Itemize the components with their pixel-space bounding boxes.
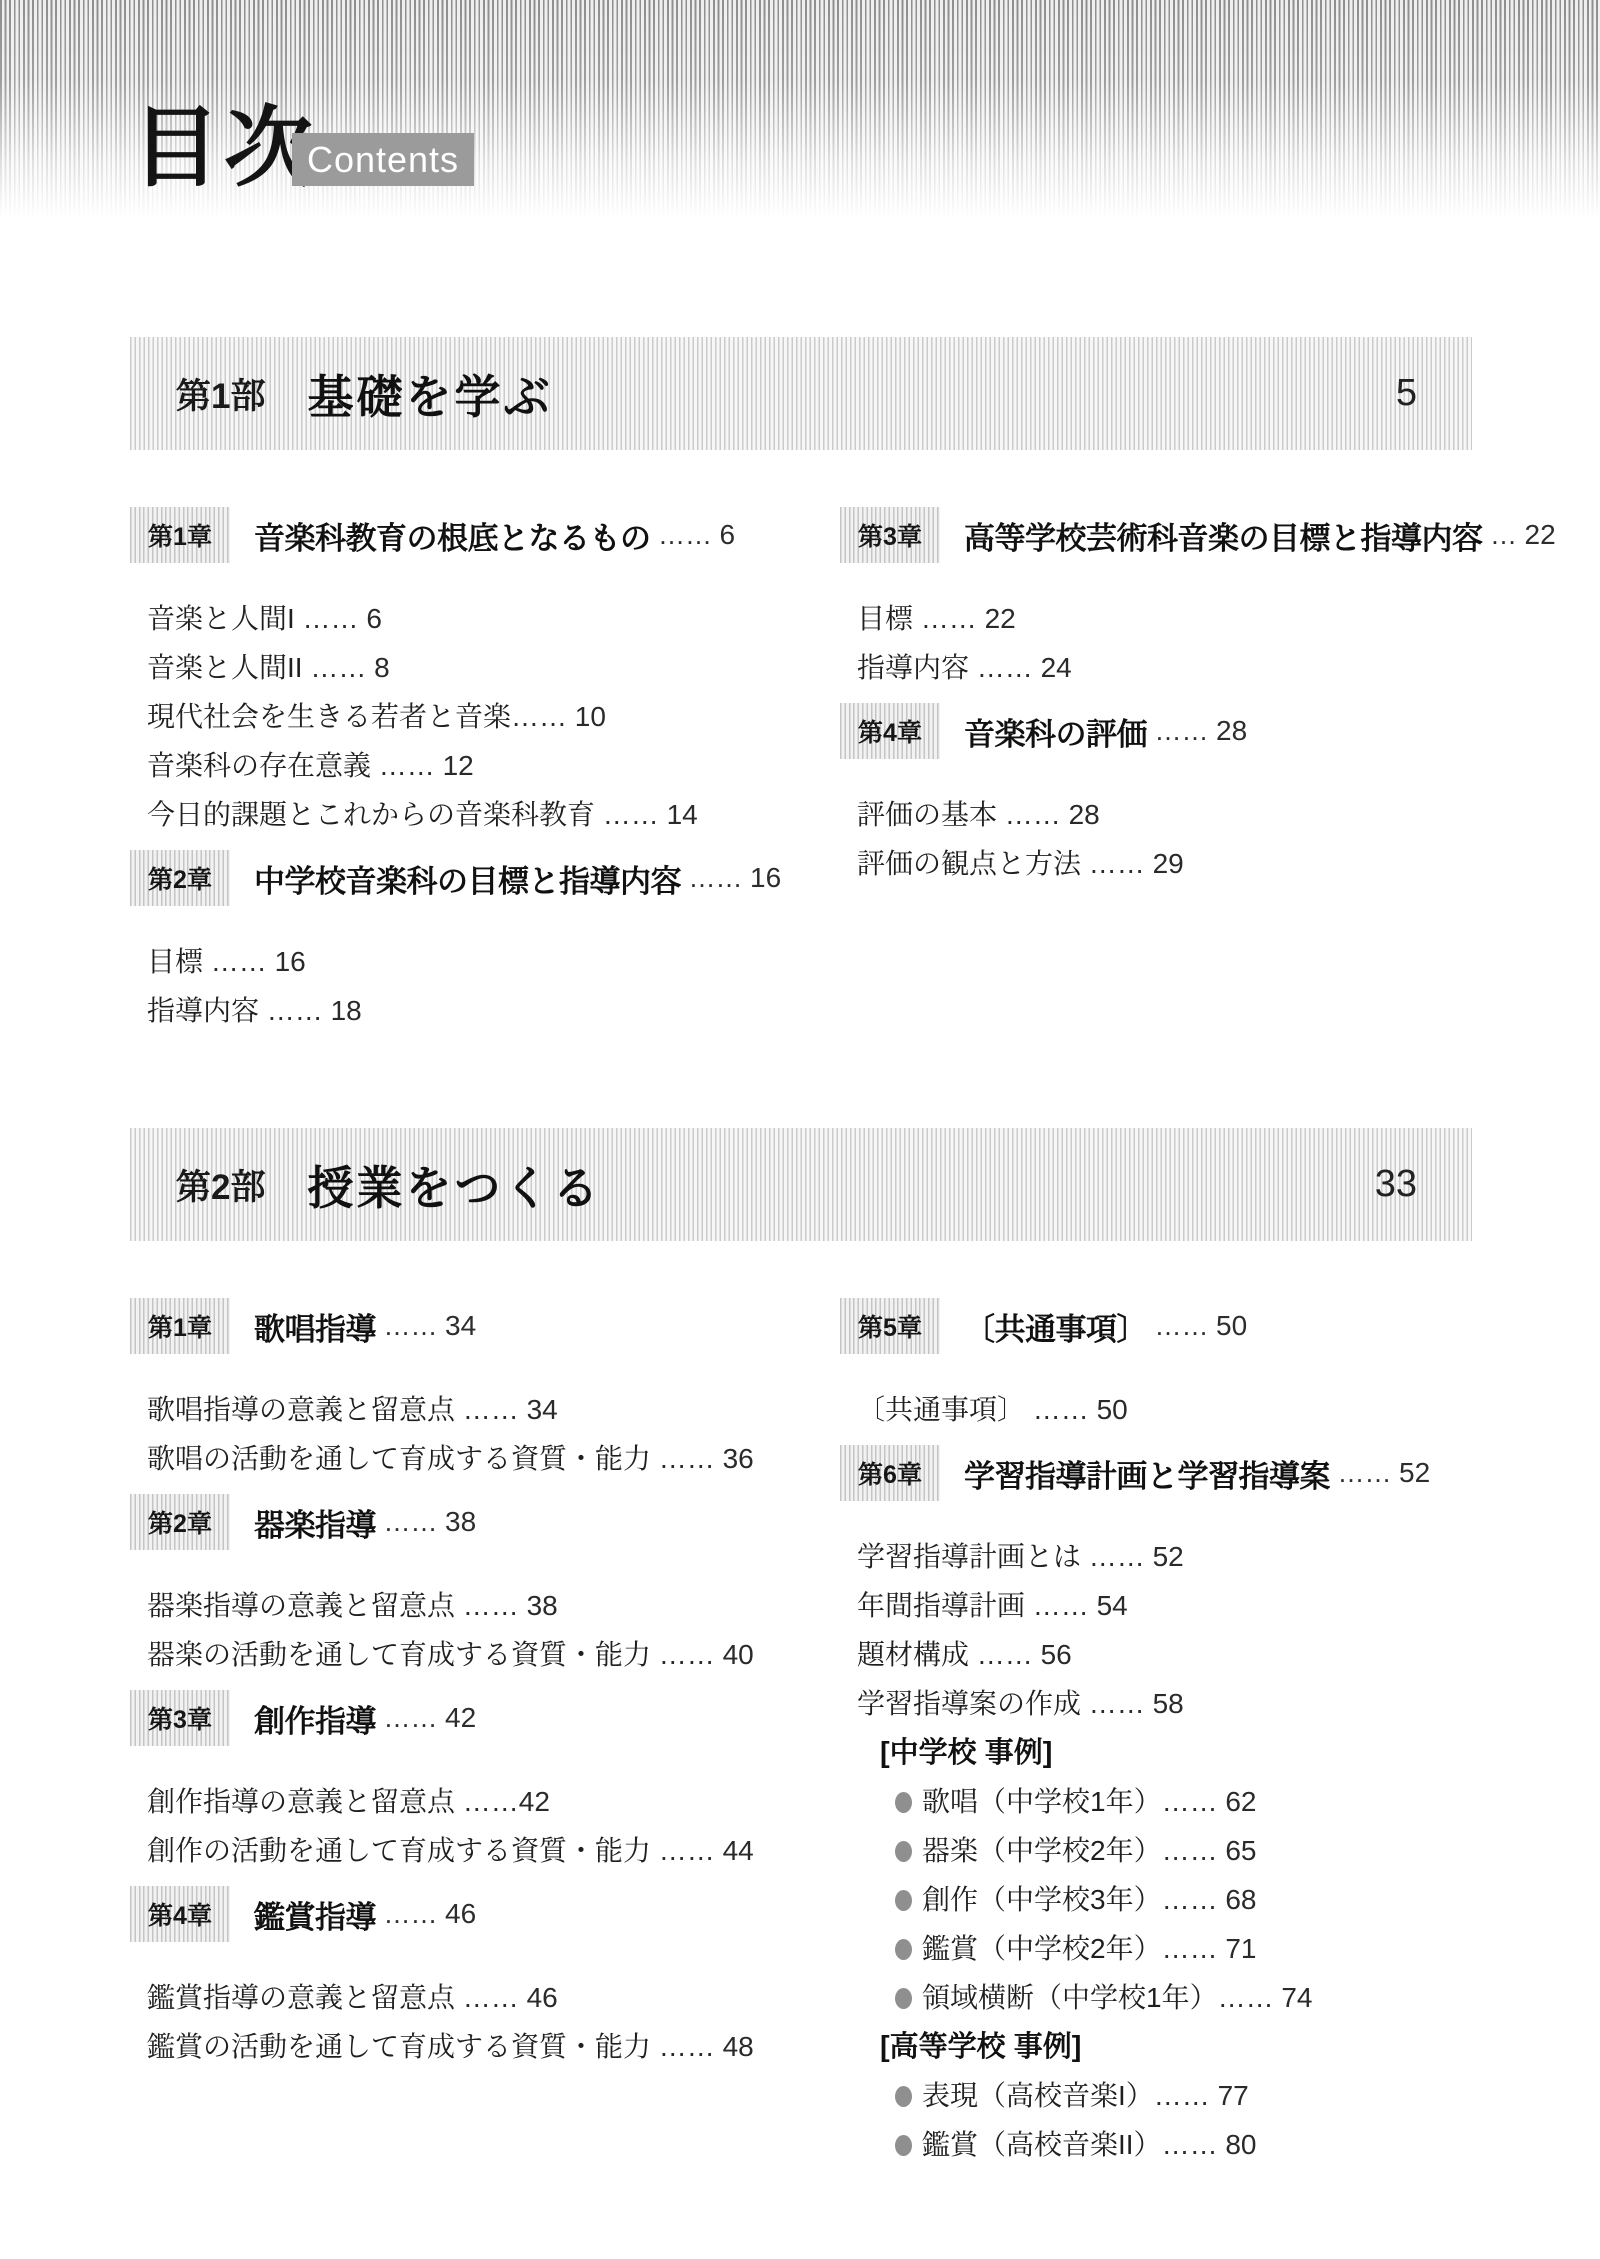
item-title: 器楽の活動を通して育成する資質・能力 <box>147 1639 651 1670</box>
dot-leader: …… <box>1162 1786 1226 1817</box>
item-title: 器楽（中学校2年） <box>922 1835 1162 1866</box>
item-title: 器楽指導の意義と留意点 <box>147 1590 455 1621</box>
item-page-number: 48 <box>723 2031 754 2062</box>
item-page-number: 46 <box>527 1982 558 2013</box>
item-page-number: 80 <box>1225 2129 1256 2160</box>
dot-leader: …… <box>651 1639 723 1670</box>
dot-leader: …… <box>651 520 720 551</box>
bullet-icon <box>895 1792 912 1813</box>
item-title: 年間指導計画 <box>857 1590 1025 1621</box>
item-title: 題材構成 <box>857 1639 969 1670</box>
item-page-number: 54 <box>1097 1590 1128 1621</box>
dot-leader: …… <box>376 1507 445 1538</box>
toc-item: 鑑賞（中学校2年）…… 71 <box>895 1935 1495 1963</box>
bullet-icon <box>895 1988 912 2009</box>
item-page-number: 42 <box>519 1786 550 1817</box>
dot-leader: …… <box>1330 1458 1399 1489</box>
chapter-title: 器楽指導 <box>254 1500 376 1545</box>
dot-leader: …… <box>455 1786 519 1817</box>
chapter-page-number: 6 <box>720 519 736 551</box>
item-page-number: 58 <box>1153 1688 1184 1719</box>
item-title: [高等学校 事例] <box>880 2031 1081 2063</box>
chapter-block: 第2章器楽指導 …… 38器楽指導の意義と留意点 …… 38器楽の活動を通して育… <box>130 1494 785 1669</box>
toc-item: 指導内容 …… 24 <box>857 654 1495 682</box>
toc-item: 領域横断（中学校1年）…… 74 <box>895 1984 1495 2012</box>
chapter-heading: 第2章器楽指導 …… 38 <box>130 1494 785 1550</box>
chapter-page-number: 28 <box>1216 715 1247 747</box>
part-band: 第1部基礎を学ぶ5 <box>130 337 1472 450</box>
item-title: 指導内容 <box>857 652 969 683</box>
toc-item: 創作の活動を通して育成する資質・能力 …… 44 <box>147 1837 785 1865</box>
chapter-page-number: 50 <box>1216 1310 1247 1342</box>
toc-item: 学習指導計画とは …… 52 <box>857 1543 1495 1571</box>
chapter-title: 音楽科の評価 <box>964 709 1147 754</box>
toc-item: 題材構成 …… 56 <box>857 1641 1495 1669</box>
chapter-number-badge: 第1章 <box>130 1298 230 1354</box>
toc-column: 第5章〔共通事項〕 …… 50〔共通事項〕 …… 50第6章学習指導計画と学習指… <box>840 1298 1495 2180</box>
chapter-page-number: 42 <box>445 1702 476 1734</box>
chapter-number-badge: 第6章 <box>840 1445 940 1501</box>
item-page-number: 74 <box>1281 1982 1312 2013</box>
toc-item: 鑑賞の活動を通して育成する資質・能力 …… 48 <box>147 2033 785 2061</box>
item-title: 現代社会を生きる若者と音楽 <box>147 701 511 732</box>
item-page-number: 24 <box>1041 652 1072 683</box>
chapter-number-badge: 第4章 <box>130 1886 230 1942</box>
item-page-number: 8 <box>374 652 390 683</box>
dot-leader: …… <box>376 1311 445 1342</box>
toc-item: 指導内容 …… 18 <box>147 997 785 1025</box>
toc-item: 現代社会を生きる若者と音楽…… 10 <box>147 703 785 731</box>
item-page-number: 52 <box>1153 1541 1184 1572</box>
toc-subheading: [高等学校 事例] <box>880 2033 1495 2061</box>
dot-leader: …… <box>913 603 985 634</box>
toc-item: 鑑賞（高校音楽II）…… 80 <box>895 2131 1495 2159</box>
dot-leader: …… <box>455 1590 527 1621</box>
dot-leader: …… <box>1025 1590 1097 1621</box>
toc-item: 音楽科の存在意義 …… 12 <box>147 752 785 780</box>
chapter-title: 創作指導 <box>254 1696 376 1741</box>
toc-item: 〔共通事項〕 …… 50 <box>857 1396 1495 1424</box>
dot-leader: …… <box>1154 2080 1218 2111</box>
chapter-heading: 第3章高等学校芸術科音楽の目標と指導内容 … 22 <box>840 507 1495 563</box>
item-title: 今日的課題とこれからの音楽科教育 <box>147 799 595 830</box>
item-title: 鑑賞の活動を通して育成する資質・能力 <box>147 2031 651 2062</box>
chapter-page-number: 38 <box>445 1506 476 1538</box>
part-band: 第2部授業をつくる33 <box>130 1128 1472 1241</box>
bullet-icon <box>895 2086 912 2107</box>
toc-item: 器楽の活動を通して育成する資質・能力 …… 40 <box>147 1641 785 1669</box>
item-title: [中学校 事例] <box>880 1737 1052 1769</box>
toc-item: 評価の基本 …… 28 <box>857 801 1495 829</box>
dot-leader: …… <box>371 750 443 781</box>
item-title: 鑑賞（高校音楽II） <box>922 2129 1162 2160</box>
dot-leader: …… <box>969 1639 1041 1670</box>
toc-item: 目標 …… 16 <box>147 948 785 976</box>
toc-item: 今日的課題とこれからの音楽科教育 …… 14 <box>147 801 785 829</box>
part-number-label: 第2部 <box>176 1160 265 1210</box>
chapter-heading: 第3章創作指導 …… 42 <box>130 1690 785 1746</box>
dot-leader: …… <box>1218 1982 1282 2013</box>
item-page-number: 10 <box>575 701 606 732</box>
dot-leader: …… <box>376 1703 445 1734</box>
item-page-number: 71 <box>1225 1933 1256 1964</box>
item-title: 音楽科の存在意義 <box>147 750 371 781</box>
item-title: 創作の活動を通して育成する資質・能力 <box>147 1835 651 1866</box>
chapter-title: 学習指導計画と学習指導案 <box>964 1451 1330 1496</box>
dot-leader: …… <box>1162 1835 1226 1866</box>
item-page-number: 14 <box>667 799 698 830</box>
toc-item: 目標 …… 22 <box>857 605 1495 633</box>
dot-leader: …… <box>259 995 331 1026</box>
item-title: 目標 <box>147 946 203 977</box>
dot-leader: …… <box>455 1394 527 1425</box>
chapter-number-badge: 第3章 <box>130 1690 230 1746</box>
item-title: 指導内容 <box>147 995 259 1026</box>
chapter-number-badge: 第3章 <box>840 507 940 563</box>
item-page-number: 6 <box>366 603 382 634</box>
dot-leader: …… <box>376 1899 445 1930</box>
item-page-number: 44 <box>723 1835 754 1866</box>
dot-leader: …… <box>1081 848 1153 879</box>
contents-badge: Contents <box>292 133 474 186</box>
chapter-number-badge: 第1章 <box>130 507 230 563</box>
dot-leader: …… <box>1162 1933 1226 1964</box>
item-page-number: 18 <box>331 995 362 1026</box>
dot-leader: …… <box>295 603 367 634</box>
bullet-icon <box>895 1890 912 1911</box>
bullet-icon <box>895 1841 912 1862</box>
chapter-title: 〔共通事項〕 <box>964 1304 1147 1349</box>
item-page-number: 16 <box>275 946 306 977</box>
chapter-page-number: 46 <box>445 1898 476 1930</box>
item-page-number: 38 <box>527 1590 558 1621</box>
item-title: 学習指導案の作成 <box>857 1688 1081 1719</box>
chapter-number-badge: 第5章 <box>840 1298 940 1354</box>
part-number-label: 第1部 <box>176 369 265 419</box>
dot-leader: …… <box>595 799 667 830</box>
dot-leader: …… <box>203 946 275 977</box>
toc-item: 創作（中学校3年）…… 68 <box>895 1886 1495 1914</box>
toc-item: 年間指導計画 …… 54 <box>857 1592 1495 1620</box>
chapter-page-number: 34 <box>445 1310 476 1342</box>
item-page-number: 65 <box>1225 1835 1256 1866</box>
item-title: 目標 <box>857 603 913 634</box>
dot-leader: …… <box>1162 2129 1226 2160</box>
dot-leader: …… <box>651 2031 723 2062</box>
chapter-block: 第5章〔共通事項〕 …… 50〔共通事項〕 …… 50 <box>840 1298 1495 1424</box>
item-title: 音楽と人間II <box>147 652 303 683</box>
chapter-block: 第3章創作指導 …… 42創作指導の意義と留意点 ……42創作の活動を通して育成… <box>130 1690 785 1865</box>
toc-item: 歌唱（中学校1年）…… 62 <box>895 1788 1495 1816</box>
item-page-number: 12 <box>443 750 474 781</box>
chapter-block: 第4章音楽科の評価 …… 28評価の基本 …… 28評価の観点と方法 …… 29 <box>840 703 1495 878</box>
item-title: 領域横断（中学校1年） <box>922 1982 1218 2013</box>
page-title: 目次 <box>132 104 316 192</box>
item-page-number: 77 <box>1218 2080 1249 2111</box>
dot-leader: …… <box>1081 1688 1153 1719</box>
item-title: 歌唱指導の意義と留意点 <box>147 1394 455 1425</box>
toc-subheading: [中学校 事例] <box>880 1739 1495 1767</box>
dot-leader: …… <box>969 652 1041 683</box>
chapter-block: 第1章音楽科教育の根底となるもの …… 6音楽と人間I …… 6音楽と人間II … <box>130 507 785 829</box>
toc-item: 音楽と人間II …… 8 <box>147 654 785 682</box>
item-page-number: 56 <box>1041 1639 1072 1670</box>
item-page-number: 50 <box>1097 1394 1128 1425</box>
chapter-page-number: 16 <box>750 862 781 894</box>
item-title: 学習指導計画とは <box>857 1541 1081 1572</box>
dot-leader: …… <box>651 1835 723 1866</box>
chapter-block: 第1章歌唱指導 …… 34歌唱指導の意義と留意点 …… 34歌唱の活動を通して育… <box>130 1298 785 1473</box>
item-page-number: 22 <box>985 603 1016 634</box>
toc-column: 第1章音楽科教育の根底となるもの …… 6音楽と人間I …… 6音楽と人間II … <box>130 507 785 1046</box>
chapter-number-badge: 第2章 <box>130 1494 230 1550</box>
chapter-title: 歌唱指導 <box>254 1304 376 1349</box>
item-title: 歌唱の活動を通して育成する資質・能力 <box>147 1443 651 1474</box>
chapter-title: 高等学校芸術科音楽の目標と指導内容 <box>964 513 1483 558</box>
chapter-title: 音楽科教育の根底となるもの <box>254 513 651 558</box>
dot-leader: …… <box>1147 1311 1216 1342</box>
item-title: 歌唱（中学校1年） <box>922 1786 1162 1817</box>
item-page-number: 62 <box>1225 1786 1256 1817</box>
chapter-heading: 第6章学習指導計画と学習指導案 …… 52 <box>840 1445 1495 1501</box>
chapter-page-number: 22 <box>1525 519 1556 551</box>
chapter-heading: 第1章音楽科教育の根底となるもの …… 6 <box>130 507 785 563</box>
toc-item: 鑑賞指導の意義と留意点 …… 46 <box>147 1984 785 2012</box>
chapter-heading: 第2章中学校音楽科の目標と指導内容 …… 16 <box>130 850 785 906</box>
toc-item: 音楽と人間I …… 6 <box>147 605 785 633</box>
bullet-icon <box>895 1939 912 1960</box>
chapter-title: 中学校音楽科の目標と指導内容 <box>254 856 681 901</box>
toc-item: 評価の観点と方法 …… 29 <box>857 850 1495 878</box>
item-page-number: 29 <box>1153 848 1184 879</box>
part-title: 基礎を学ぶ <box>307 361 552 427</box>
item-page-number: 68 <box>1225 1884 1256 1915</box>
item-page-number: 34 <box>527 1394 558 1425</box>
toc-column: 第3章高等学校芸術科音楽の目標と指導内容 … 22目標 …… 22指導内容 ……… <box>840 507 1495 899</box>
toc-item: 学習指導案の作成 …… 58 <box>857 1690 1495 1718</box>
chapter-block: 第2章中学校音楽科の目標と指導内容 …… 16目標 …… 16指導内容 …… 1… <box>130 850 785 1025</box>
toc-column: 第1章歌唱指導 …… 34歌唱指導の意義と留意点 …… 34歌唱の活動を通して育… <box>130 1298 785 2082</box>
toc-item: 歌唱指導の意義と留意点 …… 34 <box>147 1396 785 1424</box>
chapter-heading: 第5章〔共通事項〕 …… 50 <box>840 1298 1495 1354</box>
item-title: 鑑賞（中学校2年） <box>922 1933 1162 1964</box>
chapter-number-badge: 第2章 <box>130 850 230 906</box>
dot-leader: …… <box>681 863 750 894</box>
chapter-heading: 第4章音楽科の評価 …… 28 <box>840 703 1495 759</box>
item-title: 創作（中学校3年） <box>922 1884 1162 1915</box>
dot-leader: …… <box>651 1443 723 1474</box>
item-title: 〔共通事項〕 <box>857 1394 1025 1425</box>
dot-leader: …… <box>997 799 1069 830</box>
dot-leader: …… <box>1081 1541 1153 1572</box>
toc-item: 器楽指導の意義と留意点 …… 38 <box>147 1592 785 1620</box>
toc-item: 創作指導の意義と留意点 ……42 <box>147 1788 785 1816</box>
bullet-icon <box>895 2135 912 2156</box>
part-page-number: 5 <box>1396 372 1417 415</box>
item-page-number: 40 <box>723 1639 754 1670</box>
chapter-title: 鑑賞指導 <box>254 1892 376 1937</box>
chapter-page-number: 52 <box>1399 1457 1430 1489</box>
dot-leader: … <box>1483 520 1525 551</box>
item-title: 創作指導の意義と留意点 <box>147 1786 455 1817</box>
page-header: 目次 Contents <box>0 0 1600 232</box>
chapter-number-badge: 第4章 <box>840 703 940 759</box>
toc-item: 歌唱の活動を通して育成する資質・能力 …… 36 <box>147 1445 785 1473</box>
dot-leader: …… <box>511 701 575 732</box>
item-title: 表現（高校音楽I） <box>922 2080 1154 2111</box>
chapter-block: 第4章鑑賞指導 …… 46鑑賞指導の意義と留意点 …… 46鑑賞の活動を通して育… <box>130 1886 785 2061</box>
item-title: 評価の観点と方法 <box>857 848 1081 879</box>
item-page-number: 36 <box>723 1443 754 1474</box>
dot-leader: …… <box>455 1982 527 2013</box>
item-title: 鑑賞指導の意義と留意点 <box>147 1982 455 2013</box>
toc-item: 表現（高校音楽I）…… 77 <box>895 2082 1495 2110</box>
chapter-block: 第3章高等学校芸術科音楽の目標と指導内容 … 22目標 …… 22指導内容 ……… <box>840 507 1495 682</box>
part-title: 授業をつくる <box>307 1152 601 1218</box>
dot-leader: …… <box>1147 716 1216 747</box>
chapter-block: 第6章学習指導計画と学習指導案 …… 52学習指導計画とは …… 52年間指導計… <box>840 1445 1495 2159</box>
toc-item: 器楽（中学校2年）…… 65 <box>895 1837 1495 1865</box>
item-title: 評価の基本 <box>857 799 997 830</box>
dot-leader: …… <box>1162 1884 1226 1915</box>
dot-leader: …… <box>303 652 375 683</box>
item-title: 音楽と人間I <box>147 603 295 634</box>
item-page-number: 28 <box>1069 799 1100 830</box>
chapter-heading: 第1章歌唱指導 …… 34 <box>130 1298 785 1354</box>
dot-leader: …… <box>1025 1394 1097 1425</box>
chapter-heading: 第4章鑑賞指導 …… 46 <box>130 1886 785 1942</box>
part-page-number: 33 <box>1375 1163 1417 1206</box>
